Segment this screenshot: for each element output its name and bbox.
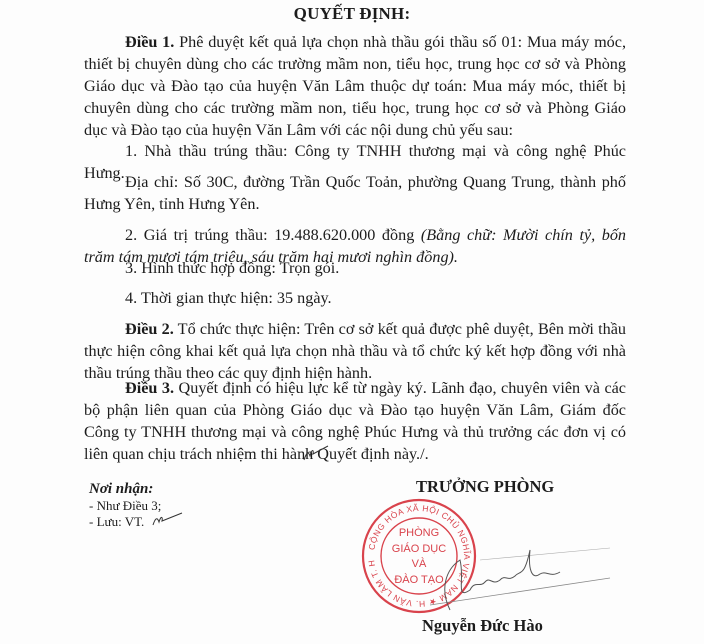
document-page: QUYẾT ĐỊNH: Điều 1. Phê duyệt kết quả lự… — [0, 0, 704, 644]
article-1-label: Điều 1. — [125, 33, 174, 51]
value-amount: 2. Giá trị trúng thầu: 19.488.620.000 đồ… — [125, 226, 421, 244]
recipients-heading: Nơi nhận: — [89, 480, 161, 498]
signatory-name: Nguyễn Đức Hào — [422, 616, 543, 636]
article-1: Điều 1. Phê duyệt kết quả lựa chọn nhà t… — [84, 31, 626, 141]
article-3-label: Điều 3. — [125, 379, 174, 397]
article-2-label: Điều 2. — [125, 320, 174, 338]
handwritten-signature-icon — [420, 530, 620, 620]
duration-line: 4. Thời gian thực hiện: 35 ngày. — [84, 287, 626, 309]
article-2: Điều 2. Tổ chức thực hiện: Trên cơ sở kế… — [84, 318, 626, 384]
document-title: QUYẾT ĐỊNH: — [0, 4, 704, 24]
contract-form-line: 3. Hình thức hợp đồng: Trọn gói. — [84, 257, 626, 279]
address-line: Địa chỉ: Số 30C, đường Trần Quốc Toản, p… — [84, 171, 626, 215]
initials-mark-icon — [300, 442, 330, 464]
signatory-title: TRƯỞNG PHÒNG — [416, 477, 554, 497]
article-3: Điều 3. Quyết định có hiệu lực kể từ ngà… — [84, 377, 626, 465]
initials-mark-icon — [150, 510, 184, 528]
